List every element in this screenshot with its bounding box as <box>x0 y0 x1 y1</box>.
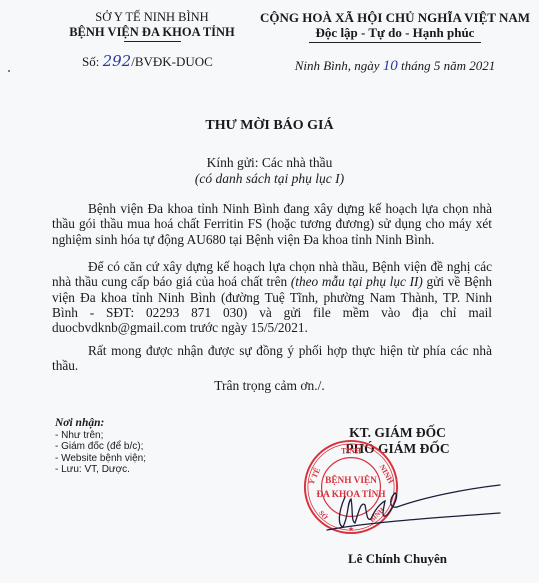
recipients-heading: Nơi nhận: <box>55 418 146 430</box>
recipient-item: - Như trên; <box>55 430 146 442</box>
issuer-header: SỞ Y TẾ NINH BÌNH BỆNH VIỆN ĐA KHOA TỈNH <box>52 10 252 42</box>
signer-name: Lê Chính Chuyên <box>300 551 495 567</box>
recipient-item: - Website bệnh viện; <box>55 453 146 465</box>
document-date: Ninh Bình, ngày 10 tháng 5 năm 2021 <box>250 58 539 75</box>
body-paragraph-2: Để có căn cứ xây dựng kế hoạch lựa chọn … <box>52 259 492 335</box>
body-paragraph-1: Bệnh viện Đa khoa tỉnh Ninh Bình đang xâ… <box>52 201 492 247</box>
recipients-list: Nơi nhận: - Như trên; - Giám đốc (để b/c… <box>55 418 146 476</box>
motto-underline <box>309 42 481 43</box>
document-title: THƯ MỜI BÁO GIÁ <box>0 118 539 134</box>
scan-speck <box>8 70 10 72</box>
national-motto: Độc lập - Tự do - Hạnh phúc <box>250 25 539 41</box>
handwritten-signature-icon <box>325 475 505 535</box>
salutation-line: Kính gửi: Các nhà thầu <box>0 155 539 171</box>
recipient-item: - Giám đốc (để b/c); <box>55 441 146 453</box>
document-number: Số: 292/BVĐK-DUOC <box>82 52 213 70</box>
handwritten-day: 10 <box>383 58 398 74</box>
svg-text:TỈNH: TỈNH <box>341 446 361 456</box>
header-underline <box>124 41 181 42</box>
handwritten-number: 292 <box>103 52 132 70</box>
organization-name: BỆNH VIỆN ĐA KHOA TỈNH <box>52 25 252 40</box>
department-name: SỞ Y TẾ NINH BÌNH <box>52 10 252 25</box>
recipient-salutation: Kính gửi: Các nhà thầu (có danh sách tại… <box>0 155 539 187</box>
body-paragraph-3: Rất mong được nhận được sự đồng ý phối h… <box>52 343 492 374</box>
salutation-note: (có danh sách tại phụ lục I) <box>0 171 539 187</box>
recipient-item: - Lưu: VT, Dược. <box>55 464 146 476</box>
national-header: CỘNG HOÀ XÃ HỘI CHỦ NGHĨA VIỆT NAM Độc l… <box>250 10 539 43</box>
nation-name: CỘNG HOÀ XÃ HỘI CHỦ NGHĨA VIỆT NAM <box>250 10 539 25</box>
closing-line: Trân trọng cảm ơn./. <box>0 378 539 394</box>
